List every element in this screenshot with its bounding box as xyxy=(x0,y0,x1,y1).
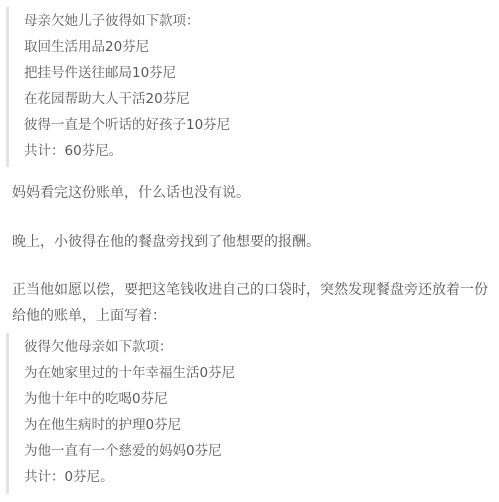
blockquote-peter-bill: 母亲欠她儿子彼得如下款项： 取回生活用品20芬尼 把挂号件送往邮局10芬尼 在花… xyxy=(6,7,230,167)
bill-item: 为他十年中的吃喝0芬尼 xyxy=(24,386,235,412)
bill-item: 取回生活用品20芬尼 xyxy=(24,34,230,60)
article-page: 母亲欠她儿子彼得如下款项： 取回生活用品20芬尼 把挂号件送往邮局10芬尼 在花… xyxy=(0,0,499,502)
paragraph: 晚上，小彼得在他的餐盘旁找到了他想要的报酬。 xyxy=(12,229,495,255)
blockquote-mother-bill: 彼得欠他母亲如下款项： 为在她家里过的十年幸福生活0芬尼 为他十年中的吃喝0芬尼… xyxy=(6,333,235,494)
bill-heading: 彼得欠他母亲如下款项： xyxy=(24,334,235,360)
bill-item: 为在他生病时的护理0芬尼 xyxy=(24,412,235,438)
bill-total: 共计：0芬尼。 xyxy=(24,464,235,490)
bill-item: 把挂号件送往邮局10芬尼 xyxy=(24,60,230,86)
bill-total: 共计：60芬尼。 xyxy=(24,138,230,164)
bill-item: 为在她家里过的十年幸福生活0芬尼 xyxy=(24,360,235,386)
paragraph: 妈妈看完这份账单，什么话也没有说。 xyxy=(12,180,495,206)
paragraph: 正当他如愿以偿，要把这笔钱收进自己的口袋时，突然发现餐盘旁还放着一份给他的账单，… xyxy=(12,277,495,329)
bill-item: 为他一直有一个慈爱的妈妈0芬尼 xyxy=(24,438,235,464)
bill-item: 彼得一直是个听话的好孩子10芬尼 xyxy=(24,112,230,138)
bill-heading: 母亲欠她儿子彼得如下款项： xyxy=(24,8,230,34)
bill-item: 在花园帮助大人干活20芬尼 xyxy=(24,86,230,112)
